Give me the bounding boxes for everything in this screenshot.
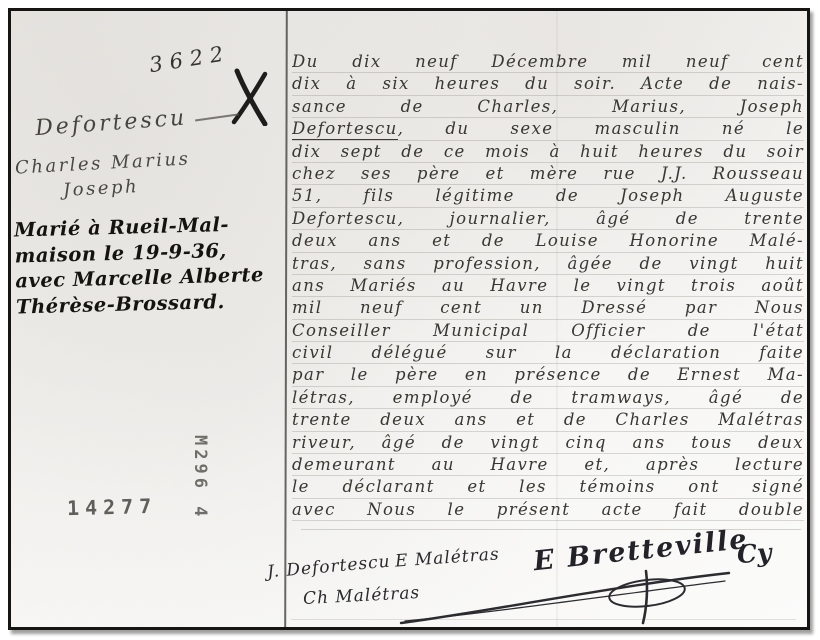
body-text: Du dix neuf Décembre mil neuf centdix à … (292, 51, 804, 521)
margin-divider-line (284, 11, 288, 627)
body-text-line: dix sept de ce mois à huit heures du soi… (292, 141, 804, 163)
register-page: 3622 Defortescu Charles Marius Joseph Ma… (11, 11, 807, 627)
body-text-line: avec Nous le présent acte fait double (292, 499, 804, 521)
text-segment: , du sexe masculin né le (398, 119, 804, 138)
underlined-name: Defortescu (292, 119, 398, 140)
text-segment: riveur, âgé de vingt cinq ans tous deux (292, 433, 804, 452)
text-segment: chez ses père et mère rue J.J. Rousseau (292, 164, 804, 183)
body-text-line: Du dix neuf Décembre mil neuf cent (292, 51, 804, 73)
signature-paraph: Cy (736, 538, 772, 569)
text-segment: Defortescu, journalier, âgé de trente (292, 209, 804, 228)
body-text-line: Defortescu, journalier, âgé de trente (292, 208, 804, 230)
text-segment: avec Nous le présent acte fait double (292, 500, 804, 519)
text-segment: mil neuf cent un Dressé par Nous (292, 298, 804, 317)
body-text-line: dix à six heures du soir. Acte de nais- (292, 73, 804, 95)
body-text-line: ans Mariés au Havre le vingt trois août (292, 275, 804, 297)
text-segment: dix à six heures du soir. Acte de nais- (292, 74, 804, 93)
margin-surname: Defortescu (34, 102, 239, 141)
signature-flourish-icon (399, 567, 733, 627)
body-text-line: par le père en présence de Ernest Ma- (292, 364, 804, 386)
text-segment: ans Mariés au Havre le vingt trois août (292, 276, 804, 295)
text-segment: le déclarant et les témoins ont signé (292, 477, 804, 496)
body-text-line: riveur, âgé de vingt cinq ans tous deux (292, 432, 804, 454)
text-segment: par le père en présence de Ernest Ma- (292, 365, 804, 384)
text-segment: trente deux ans et de Charles Malétras (292, 410, 804, 429)
body-text-line: trente deux ans et de Charles Malétras (292, 409, 804, 431)
act-number: 3622 (148, 41, 232, 77)
body-text-line: tras, sans profession, âgée de vingt hui… (292, 253, 804, 275)
vertical-reference-stamp: M296 4 (190, 435, 210, 520)
text-segment: Du dix neuf Décembre mil neuf cent (292, 52, 804, 71)
text-segment: civil délégué sur la déclaration faite (292, 343, 804, 362)
body-text-line: létras, employé de tramways, âgé de (292, 387, 804, 409)
body-text-line: Conseiller Municipal Officier de l'état (292, 320, 804, 342)
scanned-document: 3622 Defortescu Charles Marius Joseph Ma… (8, 8, 810, 630)
body-text-line: demeurant au Havre et, après lecture (292, 454, 804, 476)
body-text-line: le déclarant et les témoins ont signé (292, 476, 804, 498)
marriage-annotation: Marié à Rueil-Mal- maison le 19-9-36, av… (14, 210, 287, 319)
archive-stamp-number: 14277 (67, 494, 158, 520)
text-segment: tras, sans profession, âgée de vingt hui… (292, 254, 804, 273)
body-text-line: deux ans et de Louise Honorine Malé- (292, 230, 804, 252)
text-segment: sance de (292, 97, 477, 116)
body-text-line: sance de Charles, Marius, Joseph (292, 96, 804, 118)
text-segment: Conseiller Municipal Officier de l'état (292, 321, 804, 340)
margin-given-names-1: Charles Marius (15, 148, 191, 178)
text-segment: 51, fils légitime de Joseph Auguste (292, 186, 804, 205)
body-text-line: civil délégué sur la déclaration faite (292, 342, 804, 364)
text-segment: demeurant au Havre et, après lecture (292, 455, 804, 474)
margin-given-names-2: Joseph (63, 176, 140, 201)
body-text-line: chez ses père et mère rue J.J. Rousseau (292, 163, 804, 185)
text-segment: deux ans et de Louise Honorine Malé- (292, 231, 804, 250)
underlined-name: Charles, Marius, Joseph (477, 97, 804, 118)
body-text-line: Defortescu, du sexe masculin né le (292, 118, 804, 140)
text-segment: dix sept de ce mois à huit heures du soi… (292, 142, 804, 161)
body-text-line: 51, fils légitime de Joseph Auguste (292, 185, 804, 207)
body-text-line: mil neuf cent un Dressé par Nous (292, 297, 804, 319)
text-segment: létras, employé de tramways, âgé de (292, 388, 804, 407)
